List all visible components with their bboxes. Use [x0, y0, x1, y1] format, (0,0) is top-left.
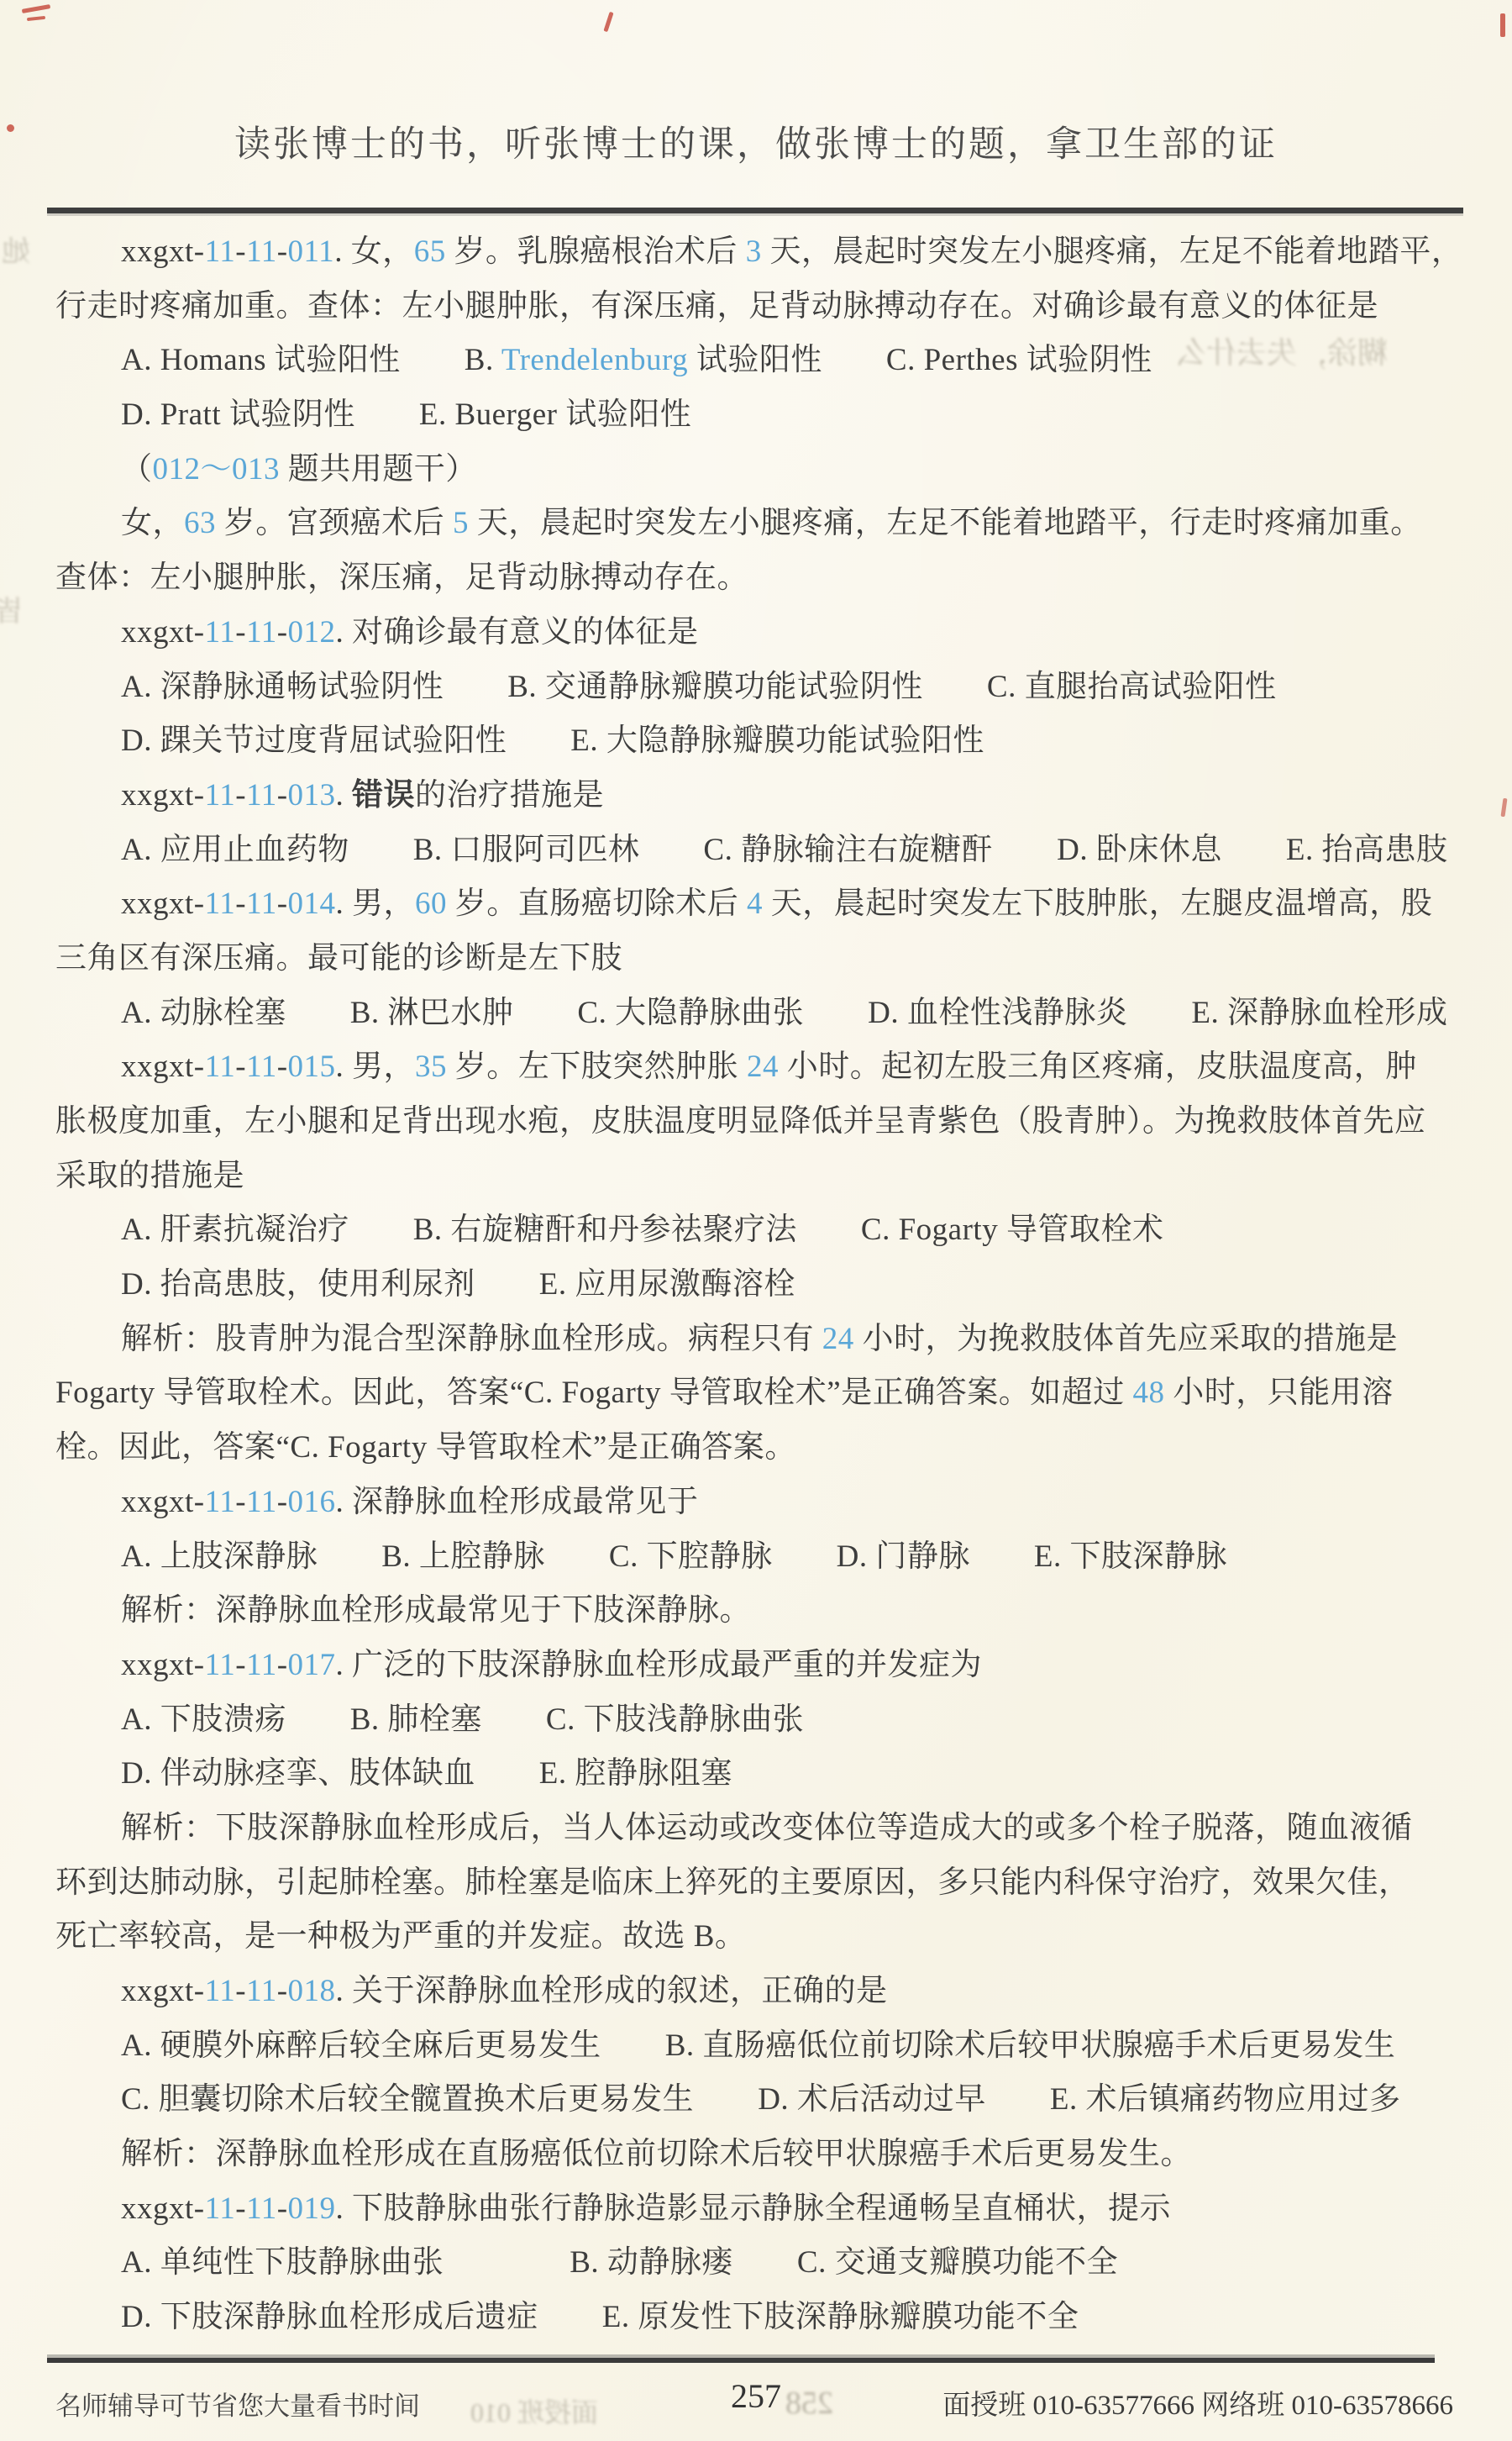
text-segment: xxgxt-: [121, 1648, 205, 1682]
text-segment: D. 门静脉: [837, 1539, 970, 1574]
text-segment: 试验阳性: [688, 343, 822, 377]
text-segment: 题共用题干）: [280, 452, 477, 487]
text-line: 采取的措施是: [55, 1149, 1458, 1204]
text-segment: 栓。因此，答案“C. Fogarty 导管取栓术”是正确答案。: [55, 1430, 796, 1465]
text-line: 女，63 岁。宫颈癌术后 5 天，晨起时突发左小腿疼痛，左足不能着地踏平，行走时…: [55, 497, 1458, 551]
text-segment: 018: [288, 1974, 336, 2008]
text-segment: 24: [822, 1322, 854, 1356]
text-segment: -: [235, 778, 246, 813]
text-line: xxgxt-11-11-013. 错误的治疗措施是: [55, 769, 1458, 823]
text-segment: 11: [205, 615, 236, 650]
text-segment: .: [336, 778, 353, 813]
document-body: xxgxt-11-11-011. 女，65 岁。乳腺癌根治术后 3 天，晨起时突…: [55, 225, 1458, 2345]
text-line: A. 动脉栓塞B. 淋巴水肿C. 大隐静脉曲张D. 血栓性浅静脉炎E. 深静脉血…: [55, 986, 1458, 1041]
text-segment: A. 硬膜外麻醉后较全麻后更易发生: [121, 2028, 601, 2063]
text-segment: 小时，只能用溶: [1164, 1376, 1393, 1410]
text-line: A. Homans 试验阳性B. Trendelenburg 试验阳性C. Pe…: [55, 334, 1458, 388]
text-segment: -: [277, 1050, 288, 1084]
text-segment: -: [277, 1485, 288, 1519]
text-segment: D. 踝关节过度背屈试验阳性: [121, 723, 507, 758]
text-segment: -: [277, 886, 288, 921]
text-segment: -: [235, 615, 246, 650]
text-segment: D. 血栓性浅静脉炎: [868, 996, 1127, 1030]
text-segment: A. 应用止血药物: [121, 833, 349, 867]
text-segment: C. Fogarty 导管取栓术: [861, 1213, 1164, 1247]
text-line: D. 踝关节过度背屈试验阳性E. 大隐静脉瓣膜功能试验阳性: [55, 714, 1458, 769]
text-segment: -: [235, 2191, 246, 2226]
text-segment: 63: [184, 506, 216, 540]
text-segment: 11: [205, 886, 236, 921]
text-segment: A. 下肢溃疡: [121, 1702, 286, 1737]
text-segment: 查体：左小腿肿胀，深压痛，足背动脉搏动存在。: [55, 560, 748, 595]
text-segment: -: [277, 234, 288, 269]
text-segment: B. 口服阿司匹林: [413, 833, 640, 867]
text-segment: C. 交通支瓣膜功能不全: [797, 2245, 1118, 2280]
text-segment: xxgxt-: [121, 1974, 205, 2008]
text-segment: 岁。宫颈癌术后: [216, 506, 453, 540]
text-segment: E. 腔静脉阻塞: [539, 1756, 732, 1791]
text-segment: 岁。左下肢突然肿胀: [447, 1050, 747, 1084]
page-header-slogan: 读张博士的书，听张博士的课，做张博士的题，拿卫生部的证: [0, 116, 1512, 167]
text-segment: . 男，: [336, 1050, 416, 1084]
text-line: 死亡率较高，是一种极为严重的并发症。故选 B。: [55, 1910, 1458, 1965]
text-segment: Trendelenburg: [501, 343, 688, 377]
text-segment: -: [235, 1648, 246, 1682]
text-segment: 11: [246, 615, 277, 650]
text-segment: E. 原发性下肢深静脉瓣膜功能不全: [602, 2300, 1079, 2334]
text-segment: E. 术后镇痛药物应用过多: [1050, 2082, 1401, 2117]
text-segment: 解析：深静脉血栓形成在直肠癌低位前切除术后较甲状腺癌手术后更易发生。: [121, 2137, 1192, 2171]
text-segment: 岁。乳腺癌根治术后: [446, 234, 746, 269]
text-segment: xxgxt-: [121, 2191, 205, 2226]
text-segment: 11: [246, 886, 277, 921]
text-segment: 小时，为挽救肢体首先应采取的措施是: [854, 1322, 1398, 1356]
text-segment: 11: [246, 1974, 277, 2008]
text-line: 解析：股青肿为混合型深静脉血栓形成。病程只有 24 小时，为挽救肢体首先应采取的…: [55, 1313, 1458, 1367]
text-line: 解析：深静脉血栓形成最常见于下肢深静脉。: [55, 1584, 1458, 1639]
text-segment: B. 肺栓塞: [350, 1702, 482, 1737]
text-segment: 岁。直肠癌切除术后: [447, 886, 747, 921]
text-segment: E. 深静脉血栓形成: [1191, 996, 1447, 1030]
text-segment: xxgxt-: [121, 234, 205, 269]
text-segment: C. 胆囊切除术后较全髋置换术后更易发生: [121, 2082, 694, 2117]
red-pen-artifact: [22, 4, 50, 13]
text-line: A. 下肢溃疡B. 肺栓塞C. 下肢浅静脉曲张: [55, 1693, 1458, 1748]
text-segment: D. 伴动脉痉挛、肢体缺血: [121, 1756, 475, 1791]
text-segment: D. 卧床休息: [1057, 833, 1222, 867]
text-segment: -: [235, 1974, 246, 2008]
text-segment: . 广泛的下肢深静脉血栓形成最严重的并发症为: [336, 1648, 983, 1682]
text-segment: 行走时疼痛加重。查体：左小腿肿胀，有深压痛，足背动脉搏动存在。对确诊最有意义的体…: [55, 289, 1378, 324]
text-segment: xxgxt-: [121, 615, 205, 650]
text-segment: -: [235, 886, 246, 921]
text-segment: 女，: [121, 506, 184, 540]
text-segment: 019: [288, 2191, 336, 2226]
text-line: C. 胆囊切除术后较全髋置换术后更易发生D. 术后活动过早E. 术后镇痛药物应用…: [55, 2073, 1458, 2128]
text-segment: A. 动脉栓塞: [121, 996, 286, 1030]
text-segment: . 对确诊最有意义的体征是: [336, 615, 699, 650]
text-segment: A. 上肢深静脉: [121, 1539, 318, 1574]
text-segment: 013: [288, 778, 336, 813]
text-line: A. 应用止血药物B. 口服阿司匹林C. 静脉输注右旋糖酐D. 卧床休息E. 抬…: [55, 823, 1458, 878]
text-segment: 11: [205, 1648, 236, 1682]
text-segment: （: [121, 452, 153, 487]
text-segment: 11: [246, 234, 277, 269]
text-segment: xxgxt-: [121, 886, 205, 921]
text-segment: B. 交通静脉瓣膜功能试验阴性: [507, 670, 923, 704]
text-segment: 60: [415, 886, 447, 921]
text-segment: B. 淋巴水肿: [350, 996, 514, 1030]
text-segment: Fogarty 导管取栓术。因此，答案“C. Fogarty 导管取栓术”是正确…: [55, 1376, 1132, 1410]
text-line: A. 深静脉通畅试验阴性B. 交通静脉瓣膜功能试验阴性C. 直腿抬高试验阳性: [55, 660, 1458, 715]
text-segment: 天，晨起时突发左下肢肿胀，左腿皮温增高，股: [763, 886, 1432, 921]
text-segment: 3: [746, 234, 762, 269]
text-segment: B. 上腔静脉: [381, 1539, 545, 1574]
text-segment: A. Homans 试验阳性: [121, 343, 401, 377]
text-segment: 11: [205, 1974, 236, 2008]
text-line: A. 上肢深静脉B. 上腔静脉C. 下腔静脉D. 门静脉E. 下肢深静脉: [55, 1530, 1458, 1585]
text-segment: D. 下肢深静脉血栓形成后遗症: [121, 2300, 538, 2334]
text-segment: E. 大隐静脉瓣膜功能试验阳性: [570, 723, 984, 758]
text-line: D. Pratt 试验阴性E. Buerger 试验阳性: [55, 388, 1458, 443]
text-line: xxgxt-11-11-014. 男，60 岁。直肠癌切除术后 4 天，晨起时突…: [55, 877, 1458, 932]
text-segment: 014: [288, 886, 336, 921]
text-segment: 环到达肺动脉，引起肺栓塞。肺栓塞是临床上猝死的主要原因，多只能内科保守治疗，效果…: [55, 1865, 1410, 1900]
header-rule: [47, 208, 1463, 213]
text-segment: 11: [205, 234, 236, 269]
text-line: Fogarty 导管取栓术。因此，答案“C. Fogarty 导管取栓术”是正确…: [55, 1366, 1458, 1421]
text-segment: E. Buerger 试验阳性: [419, 397, 691, 432]
text-segment: D. 术后活动过早: [758, 2082, 986, 2117]
text-line: 环到达肺动脉，引起肺栓塞。肺栓塞是临床上猝死的主要原因，多只能内科保守治疗，效果…: [55, 1856, 1458, 1911]
text-segment: . 下肢静脉曲张行静脉造影显示静脉全程通畅呈直桶状，提示: [336, 2191, 1172, 2226]
text-line: xxgxt-11-11-016. 深静脉血栓形成最常见于: [55, 1476, 1458, 1530]
text-segment: -: [277, 778, 288, 813]
text-segment: 017: [288, 1648, 336, 1682]
text-line: D. 下肢深静脉血栓形成后遗症E. 原发性下肢深静脉瓣膜功能不全: [55, 2291, 1458, 2345]
text-segment: A. 单纯性下肢静脉曲张: [121, 2245, 444, 2280]
red-pen-artifact: [27, 16, 45, 21]
text-segment: C. 静脉输注右旋糖酐: [703, 833, 993, 867]
text-segment: 48: [1132, 1376, 1164, 1410]
text-line: D. 伴动脉痉挛、肢体缺血E. 腔静脉阻塞: [55, 1747, 1458, 1802]
text-segment: 11: [246, 1050, 277, 1084]
text-segment: . 深静脉血栓形成最常见于: [336, 1485, 699, 1519]
text-segment: 5: [453, 506, 469, 540]
text-line: A. 肝素抗凝治疗B. 右旋糖酐和丹参祛聚疗法C. Fogarty 导管取栓术: [55, 1203, 1458, 1258]
footer-contact: 面授班 010-63577666 网络班 010-63578666: [942, 2383, 1453, 2423]
text-segment: 解析：股青肿为混合型深静脉血栓形成。病程只有: [121, 1322, 822, 1356]
text-line: xxgxt-11-11-017. 广泛的下肢深静脉血栓形成最严重的并发症为: [55, 1639, 1458, 1693]
text-segment: . 男，: [336, 886, 416, 921]
text-segment: 11: [205, 1050, 236, 1084]
text-segment: 小时。起初左股三角区疼痛，皮肤温度高，肿: [779, 1050, 1417, 1084]
text-segment: E. 抬高患肢: [1286, 833, 1448, 867]
text-segment: C. 大隐静脉曲张: [577, 996, 804, 1030]
text-line: 栓。因此，答案“C. Fogarty 导管取栓术”是正确答案。: [55, 1421, 1458, 1476]
text-segment: C. Perthes 试验阴性: [886, 343, 1152, 377]
text-segment: 采取的措施是: [55, 1159, 244, 1193]
text-line: 行走时疼痛加重。查体：左小腿肿胀，有深压痛，足背动脉搏动存在。对确诊最有意义的体…: [55, 280, 1458, 334]
scanned-book-page: 糊涂，失去什么 她 皆 读张博士的书，听张博士的课，做张博士的题，拿卫生部的证 …: [0, 0, 1512, 2441]
text-segment: 35: [415, 1050, 447, 1084]
text-segment: 4: [747, 886, 763, 921]
text-segment: B.: [465, 343, 501, 377]
text-segment: 胀极度加重，左小腿和足背出现水疱，皮肤温度明显降低并呈青紫色（股青肿）。为挽救肢…: [55, 1104, 1426, 1139]
text-segment: -: [235, 234, 246, 269]
text-segment: 65: [414, 234, 446, 269]
text-segment: -: [235, 1050, 246, 1084]
text-segment: 015: [288, 1050, 336, 1084]
text-line: xxgxt-11-11-011. 女，65 岁。乳腺癌根治术后 3 天，晨起时突…: [55, 225, 1458, 280]
text-segment: 11: [246, 1485, 277, 1519]
text-segment: D. Pratt 试验阴性: [121, 397, 355, 432]
text-segment: 天，晨起时突发左小腿疼痛，左足不能着地踏平，行走时疼痛加重。: [469, 506, 1422, 540]
text-segment: D. 抬高患肢，使用利尿剂: [121, 1267, 475, 1302]
text-line: A. 单纯性下肢静脉曲张B. 动静脉瘘C. 交通支瓣膜功能不全: [55, 2236, 1458, 2291]
text-segment: 解析：深静脉血栓形成最常见于下肢深静脉。: [121, 1593, 751, 1628]
text-line: 三角区有深压痛。最可能的诊断是左下肢: [55, 932, 1458, 986]
text-segment: A. 深静脉通畅试验阴性: [121, 670, 444, 704]
text-segment: 016: [288, 1485, 336, 1519]
text-segment: 11: [246, 1648, 277, 1682]
text-segment: . 女，: [334, 234, 414, 269]
text-segment: 011: [288, 234, 335, 269]
text-line: 解析：深静脉血栓形成在直肠癌低位前切除术后较甲状腺癌手术后更易发生。: [55, 2128, 1458, 2182]
text-segment: 012～013: [153, 452, 281, 487]
text-segment: 012: [288, 615, 336, 650]
text-segment: 的治疗措施是: [415, 778, 604, 813]
text-segment: -: [277, 1648, 288, 1682]
text-segment: 死亡率较高，是一种极为严重的并发症。故选 B。: [55, 1919, 746, 1954]
text-segment: E. 应用尿激酶溶栓: [539, 1267, 795, 1302]
text-segment: 三角区有深压痛。最可能的诊断是左下肢: [55, 941, 622, 976]
text-segment: . 关于深静脉血栓形成的叙述，正确的是: [336, 1974, 888, 2008]
text-segment: E. 下肢深静脉: [1034, 1539, 1227, 1574]
text-segment: xxgxt-: [121, 778, 205, 813]
text-segment: xxgxt-: [121, 1050, 205, 1084]
text-segment: B. 右旋糖酐和丹参祛聚疗法: [413, 1213, 797, 1247]
text-segment: 11: [246, 778, 277, 813]
red-pen-artifact: [1500, 798, 1507, 817]
text-line: xxgxt-11-11-012. 对确诊最有意义的体征是: [55, 606, 1458, 660]
text-line: 解析：下肢深静脉血栓形成后，当人体运动或改变体位等造成大的或多个栓子脱落，随血液…: [55, 1802, 1458, 1856]
text-line: xxgxt-11-11-018. 关于深静脉血栓形成的叙述，正确的是: [55, 1965, 1458, 2019]
text-line: 胀极度加重，左小腿和足背出现水疱，皮肤温度明显降低并呈青紫色（股青肿）。为挽救肢…: [55, 1095, 1458, 1149]
red-pen-artifact: [1500, 13, 1505, 37]
bleedthrough-text: 她: [2, 229, 30, 270]
text-segment: C. 直腿抬高试验阳性: [987, 670, 1277, 704]
text-line: xxgxt-11-11-019. 下肢静脉曲张行静脉造影显示静脉全程通畅呈直桶状…: [55, 2182, 1458, 2237]
text-segment: 11: [205, 2191, 236, 2226]
text-segment: B. 动静脉瘘: [570, 2245, 733, 2280]
text-line: D. 抬高患肢，使用利尿剂E. 应用尿激酶溶栓: [55, 1258, 1458, 1313]
text-segment: C. 下肢浅静脉曲张: [546, 1702, 804, 1737]
text-segment: B. 直肠癌低位前切除术后较甲状腺癌手术后更易发生: [665, 2028, 1396, 2063]
text-segment: 天，晨起时突发左小腿疼痛，左足不能着地踏平，: [762, 234, 1463, 269]
text-segment: C. 下腔静脉: [609, 1539, 773, 1574]
text-line: A. 硬膜外麻醉后较全麻后更易发生B. 直肠癌低位前切除术后较甲状腺癌手术后更易…: [55, 2019, 1458, 2074]
text-segment: A. 肝素抗凝治疗: [121, 1213, 349, 1247]
footer-rule: [47, 2358, 1435, 2363]
text-segment: 11: [205, 1485, 236, 1519]
text-segment: 11: [246, 2191, 277, 2226]
text-segment: -: [277, 615, 288, 650]
text-segment: xxgxt-: [121, 1485, 205, 1519]
text-segment: 解析：下肢深静脉血栓形成后，当人体运动或改变体位等造成大的或多个栓子脱落，随血液…: [121, 1811, 1413, 1845]
text-segment: -: [235, 1485, 246, 1519]
text-segment: 错误: [352, 778, 415, 813]
text-segment: 24: [747, 1050, 779, 1084]
text-segment: -: [277, 2191, 288, 2226]
bleedthrough-text: 皆: [0, 588, 24, 629]
text-segment: -: [277, 1974, 288, 2008]
red-pen-artifact: [603, 12, 613, 32]
text-segment: 11: [205, 778, 236, 813]
text-line: （012～013 题共用题干）: [55, 443, 1458, 497]
text-line: 查体：左小腿肿胀，深压痛，足背动脉搏动存在。: [55, 551, 1458, 606]
text-line: xxgxt-11-11-015. 男，35 岁。左下肢突然肿胀 24 小时。起初…: [55, 1040, 1458, 1095]
